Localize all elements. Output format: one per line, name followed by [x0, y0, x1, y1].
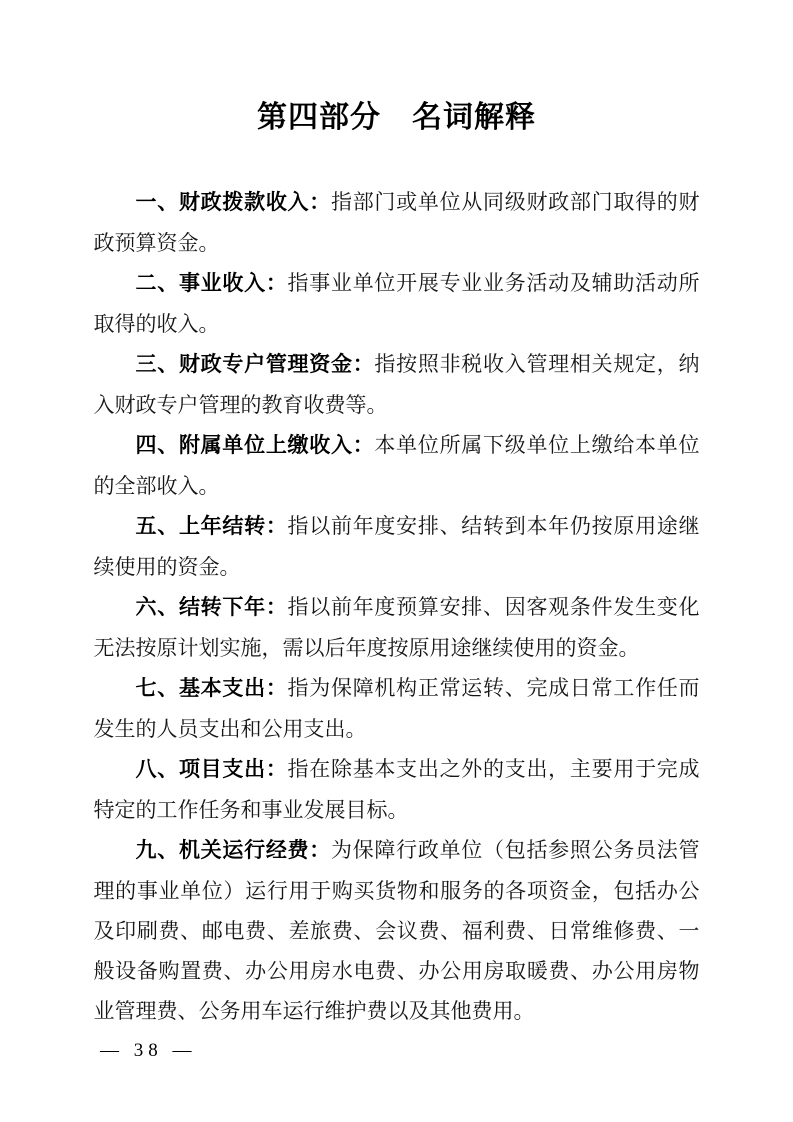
term-paragraph: 七、基本支出：指为保障机构正常运转、完成日常工作任而发生的人员支出和公用支出。	[94, 668, 700, 749]
page-title: 第四部分 名词解释	[0, 0, 793, 136]
term-definition: 为保障行政单位（包括参照公务员法管理的事业单位）运行用于购买货物和服务的各项资金…	[94, 838, 700, 1023]
term-label: 四、附属单位上缴收入：	[136, 434, 375, 457]
term-label: 三、财政专户管理资金：	[136, 353, 375, 376]
document-page: 第四部分 名词解释 一、财政拨款收入：指部门或单位从同级财政部门取得的财政预算资…	[0, 0, 793, 1122]
term-paragraph: 九、机关运行经费：为保障行政单位（包括参照公务员法管理的事业单位）运行用于购买货…	[94, 830, 700, 1031]
term-paragraph: 六、结转下年：指以前年度预算安排、因客观条件发生变化无法按原计划实施，需以后年度…	[94, 587, 700, 668]
term-label: 一、财政拨款收入：	[136, 191, 331, 214]
term-paragraph: 三、财政专户管理资金：指按照非税收入管理相关规定，纳入财政专户管理的教育收费等。	[94, 344, 700, 425]
term-paragraph: 二、事业收入：指事业单位开展专业业务活动及辅助活动所取得的收入。	[94, 263, 700, 344]
term-label: 八、项目支出：	[136, 758, 288, 781]
term-paragraph: 一、财政拨款收入：指部门或单位从同级财政部门取得的财政预算资金。	[94, 182, 700, 263]
page-number: — 38 —	[100, 1040, 197, 1061]
term-label: 九、机关运行经费：	[136, 839, 331, 862]
term-label: 六、结转下年：	[136, 596, 288, 619]
term-paragraph: 八、项目支出：指在除基本支出之外的支出，主要用于完成特定的工作任务和事业发展目标…	[94, 749, 700, 830]
term-label: 二、事业收入：	[136, 272, 288, 295]
term-paragraph: 四、附属单位上缴收入：本单位所属下级单位上缴给本单位的全部收入。	[94, 425, 700, 506]
term-paragraph: 五、上年结转：指以前年度安排、结转到本年仍按原用途继续使用的资金。	[94, 506, 700, 587]
page-footer: — 38 —	[100, 1040, 197, 1062]
terms-section: 一、财政拨款收入：指部门或单位从同级财政部门取得的财政预算资金。 二、事业收入：…	[94, 182, 700, 1031]
term-label: 五、上年结转：	[136, 515, 288, 538]
term-label: 七、基本支出：	[136, 677, 288, 700]
